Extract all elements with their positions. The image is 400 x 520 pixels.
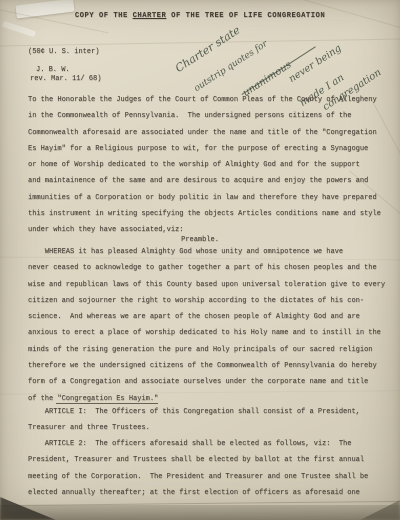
charter-document-scan: COPY OF THE CHARTER OF THE TREE OF LIFE … [0, 0, 400, 520]
scan-edge-shadow [0, 505, 400, 520]
preamble-paragraph: WHEREAS it has pleased Almighty God whos… [28, 244, 385, 407]
title-underlined-word: CHARTER [133, 12, 167, 20]
revision-note: rev. Mar. 11/ 68) [30, 74, 101, 84]
stamp-note: (50¢ U. S. inter) [28, 47, 99, 57]
article-1-paragraph: ARTICLE I: The Officers of this Congrega… [28, 404, 360, 437]
title-segment: OF THE TREE OF LIFE CONGREGATION [166, 12, 325, 20]
title-segment: COPY OF THE [75, 12, 133, 20]
opening-paragraph: To the Honorable the Judges of the Court… [28, 92, 381, 239]
article-2-paragraph: ARTICLE 2: The officers aforesaid shall … [28, 436, 368, 501]
document-title: COPY OF THE CHARTER OF THE TREE OF LIFE … [0, 8, 400, 24]
